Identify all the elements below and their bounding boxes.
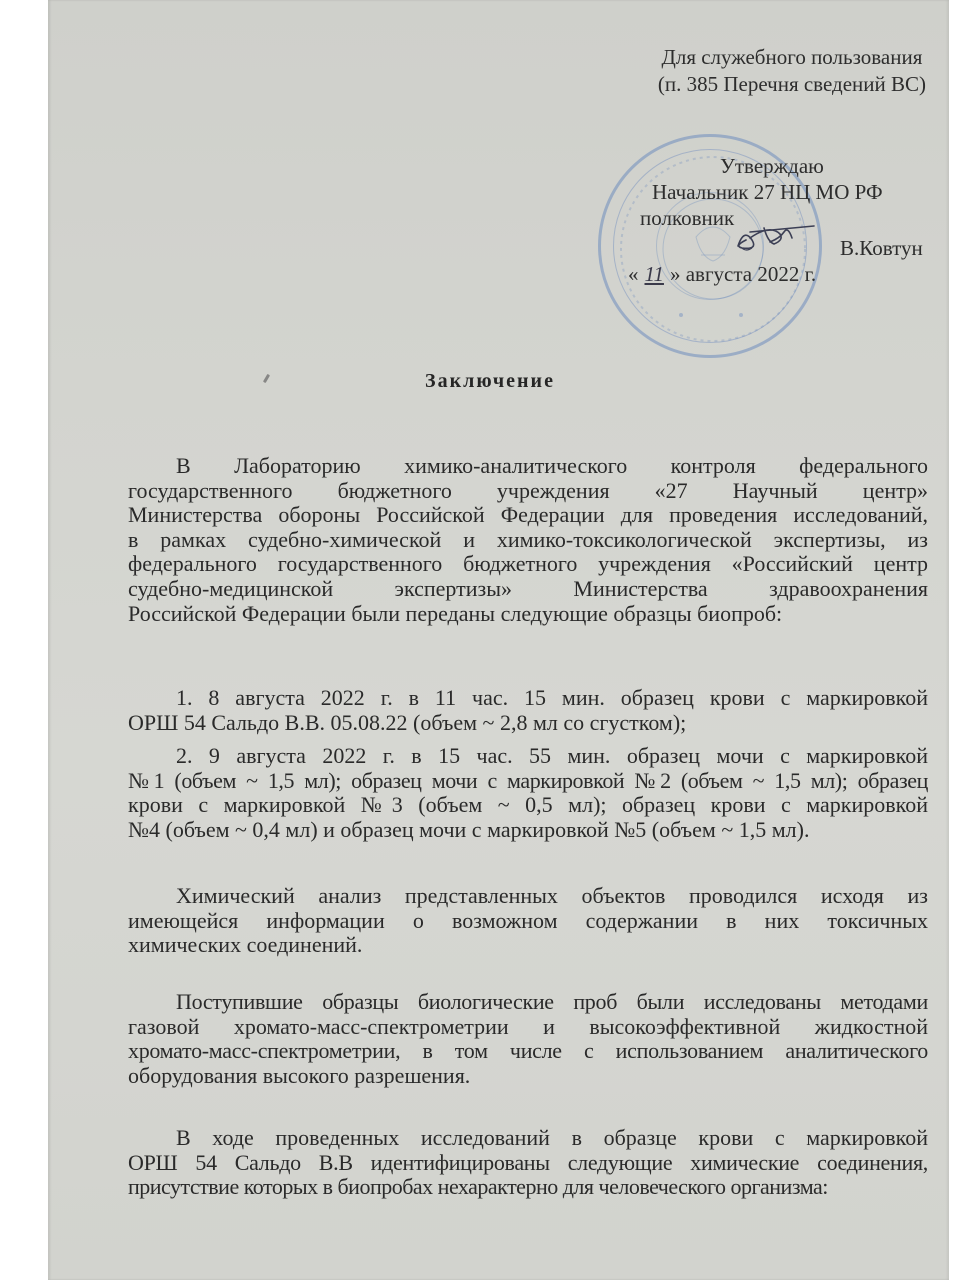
list-item-1: 1. 8 августа 2022 г. в 11 час. 15 мин. о… bbox=[128, 686, 928, 735]
text-line: Министерства обороны Российской Федераци… bbox=[128, 503, 928, 528]
text-line: 1. 8 августа 2022 г. в 11 час. 15 мин. о… bbox=[128, 686, 928, 711]
text-line: В Лабораторию химико-аналитического конт… bbox=[128, 454, 928, 479]
text-line: ОРШ 54 Сальдо В.В идентифицированы следу… bbox=[128, 1151, 928, 1176]
text-line: №1 (объем ~ 1,5 мл); образец мочи с марк… bbox=[128, 769, 928, 794]
text-line: в рамках судебно-химической и химико-ток… bbox=[128, 528, 928, 553]
text-line: хромато-масс-спектрометрии, в том числе … bbox=[128, 1039, 928, 1064]
signature-icon bbox=[730, 218, 820, 254]
date-rest: » августа 2022 г. bbox=[670, 262, 816, 286]
approval-name: В.Ковтун bbox=[840, 236, 923, 261]
paragraph-results: В ходе проведенных исследований в образц… bbox=[128, 1126, 928, 1200]
list-item-2: 2. 9 августа 2022 г. в 15 час. 55 мин. о… bbox=[128, 744, 928, 842]
text-line: газовой хромато-масс-спектрометрии и выс… bbox=[128, 1015, 928, 1040]
paragraph-intro: В Лабораторию химико-аналитического конт… bbox=[128, 454, 928, 626]
text-line: №4 (объем ~ 0,4 мл) и образец мочи с мар… bbox=[128, 818, 928, 843]
classification-header: Для служебного пользования (п. 385 Переч… bbox=[658, 44, 926, 98]
text-line: имеющейся информации о возможном содержа… bbox=[128, 909, 928, 934]
text-line: Химический анализ представленных объекто… bbox=[128, 884, 928, 909]
approval-date: «11» августа 2022 г. bbox=[628, 262, 816, 287]
text-line: Российской Федерации были переданы следу… bbox=[128, 602, 928, 627]
text-line: крови с маркировкой №3 (объем ~ 0,5 мл);… bbox=[128, 793, 928, 818]
text-line: федерального государственного бюджетного… bbox=[128, 552, 928, 577]
date-day: 11 bbox=[639, 262, 670, 286]
approval-approve: Утверждаю bbox=[720, 154, 824, 179]
text-line: ОРШ 54 Сальдо В.В. 05.08.22 (объем ~ 2,8… bbox=[128, 711, 928, 736]
text-line: оборудования высокого разрешения. bbox=[128, 1064, 928, 1089]
approval-rank: полковник bbox=[640, 206, 734, 231]
classification-line-2: (п. 385 Перечня сведений ВС) bbox=[658, 71, 926, 98]
text-line: Поступившие образцы биологические проб б… bbox=[128, 990, 928, 1015]
classification-line-1: Для служебного пользования bbox=[658, 44, 926, 71]
text-line: судебно-медицинской экспертизы» Министер… bbox=[128, 577, 928, 602]
text-line: 2. 9 августа 2022 г. в 15 час. 55 мин. о… bbox=[128, 744, 928, 769]
text-line: В ходе проведенных исследований в образц… bbox=[128, 1126, 928, 1151]
text-line: химических соединений. bbox=[128, 933, 928, 958]
approval-position: Начальник 27 НЦ МО РФ bbox=[652, 180, 883, 205]
paragraph-analysis: Химический анализ представленных объекто… bbox=[128, 884, 928, 958]
date-open-quote: « bbox=[628, 262, 639, 286]
document-title: Заключение bbox=[0, 370, 980, 393]
paragraph-methods: Поступившие образцы биологические проб б… bbox=[128, 990, 928, 1088]
text-line: государственного бюджетного учреждения «… bbox=[128, 479, 928, 504]
text-line: присутствие которых в биопробах нехаракт… bbox=[128, 1175, 928, 1200]
